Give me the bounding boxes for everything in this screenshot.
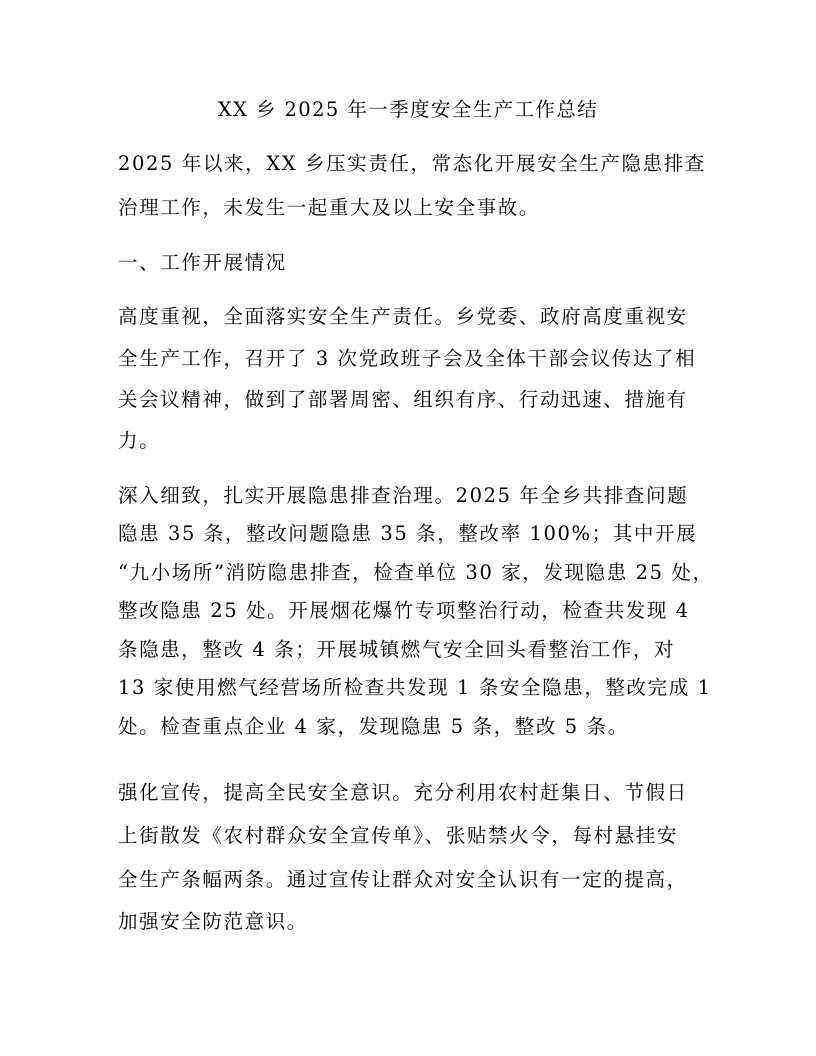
- paragraph-line: 高度重视，全面落实安全生产责任。乡党委、政府高度重视安: [118, 305, 688, 329]
- document-page: XX 乡 2025 年一季度安全生产工作总结 2025 年以来，XX 乡压实责任…: [0, 0, 816, 1056]
- paragraph-line: 全生产工作，召开了 3 次党政班子会及全体干部会议传达了相: [118, 347, 696, 371]
- paragraph-line: 条隐患，整改 4 条；开展城镇燃气安全回头看整治工作，对: [118, 638, 675, 662]
- section-heading: 一、工作开展情况: [118, 251, 287, 275]
- paragraph-line: 13 家使用燃气经营场所检查共发现 1 条安全隐患，整改完成 1: [118, 676, 712, 700]
- paragraph-line: 隐患 35 条，整改问题隐患 35 条，整改率 100%；其中开展: [118, 522, 697, 546]
- paragraph-line: 处。检查重点企业 4 家，发现隐患 5 条，整改 5 条。: [118, 715, 629, 739]
- document-title: XX 乡 2025 年一季度安全生产工作总结: [0, 98, 816, 122]
- paragraph-line: 强化宣传，提高全民安全意识。充分利用农村赶集日、节假日: [118, 781, 688, 805]
- paragraph-line: “九小场所”消防隐患排查，检查单位 30 家，发现隐患 25 处，: [118, 561, 714, 585]
- paragraph-line: 整改隐患 25 处。开展烟花爆竹专项整治行动，检查共发现 4: [118, 599, 690, 623]
- paragraph-line: 全生产条幅两条。通过宣传让群众对安全认识有一定的提高，: [118, 868, 688, 892]
- paragraph-line: 加强安全防范意识。: [118, 910, 308, 934]
- paragraph-line: 关会议精神，做到了部署周密、组织有序、行动迅速、措施有: [118, 388, 688, 412]
- paragraph-line: 治理工作，未发生一起重大及以上安全事故。: [118, 196, 540, 220]
- paragraph-line: 2025 年以来，XX 乡压实责任，常态化开展安全生产隐患排查: [118, 152, 706, 176]
- paragraph-line: 深入细致，扎实开展隐患排查治理。2025 年全乡共排查问题: [118, 484, 688, 508]
- paragraph-line: 力。: [118, 429, 160, 453]
- paragraph-line: 上街散发《农村群众安全宣传单》、张贴禁火令，每村悬挂安: [118, 824, 678, 848]
